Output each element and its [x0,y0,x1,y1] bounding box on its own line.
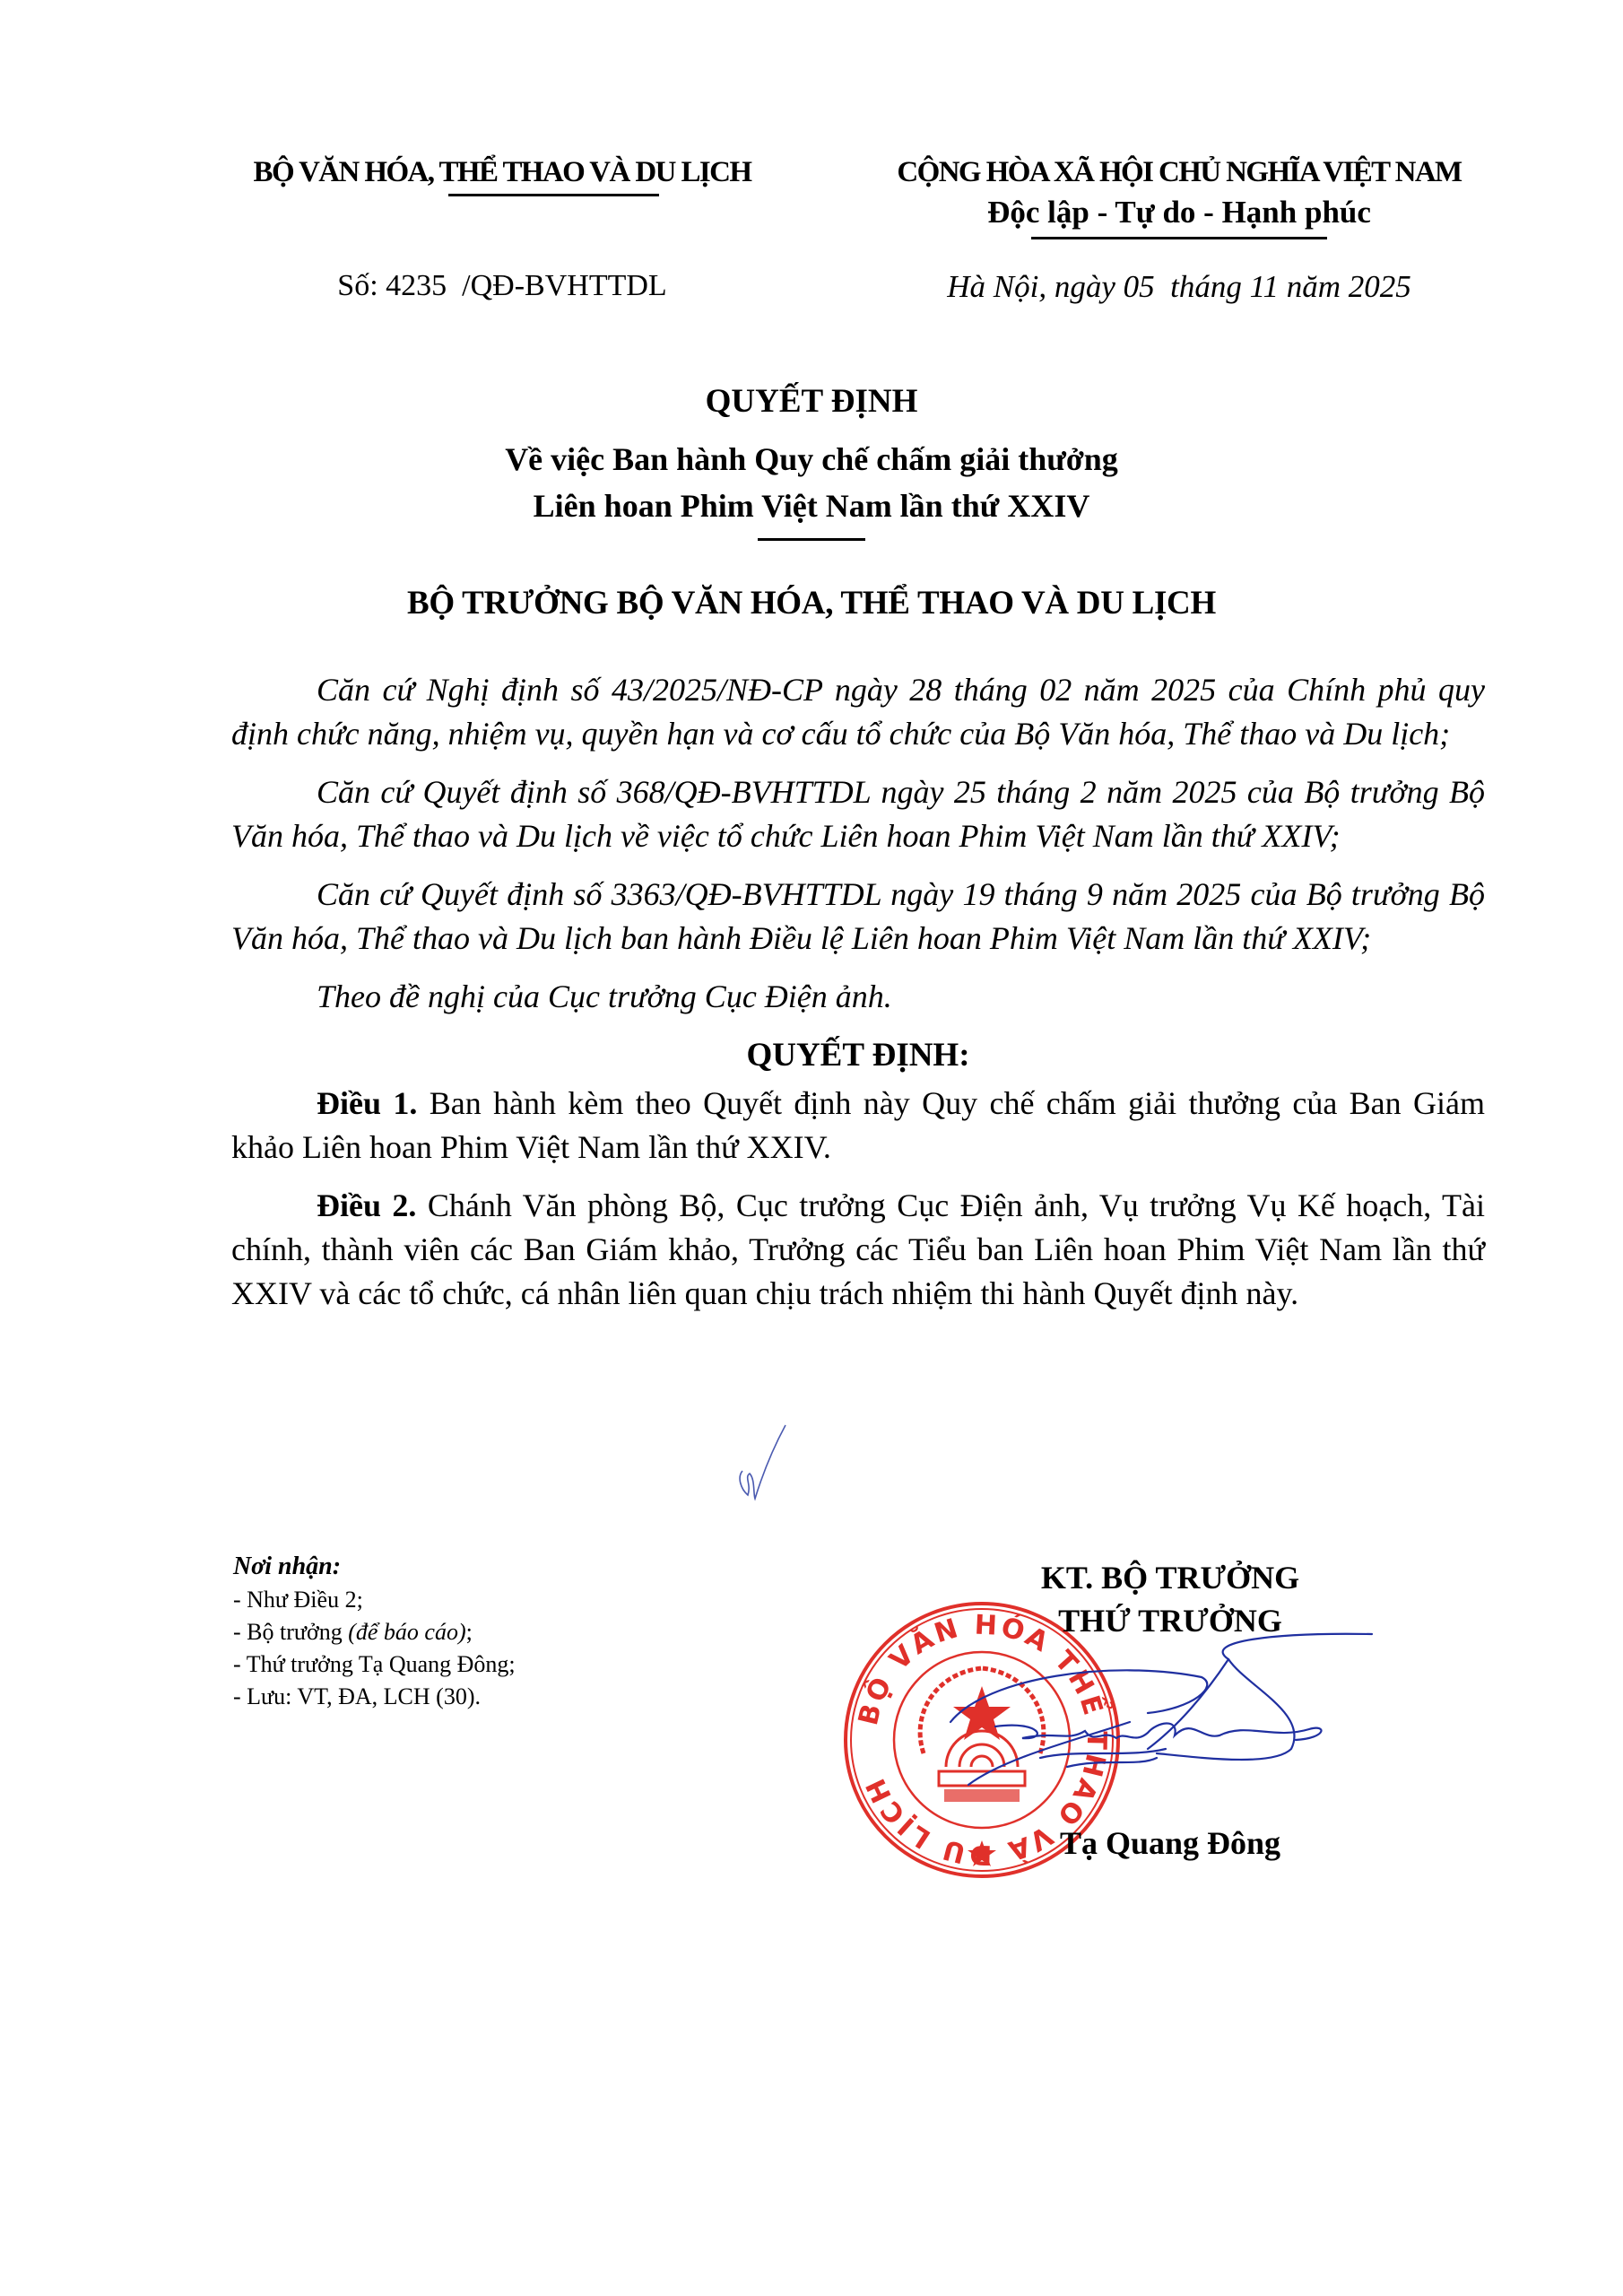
recipient-item: - Lưu: VT, ĐA, LCH (30). [233,1681,516,1713]
recipient-item: - Bộ trưởng (để báo cáo); [233,1616,516,1648]
article-label: Điều 2. [317,1187,416,1223]
recipients-block: Nơi nhận: - Như Điều 2; - Bộ trưởng (để … [233,1550,516,1713]
document-subject-line-2: Liên hoan Phim Việt Nam lần thứ XXIV [0,483,1623,529]
handwritten-signature-icon [933,1623,1399,1830]
recipient-item: - Như Điều 2; [233,1584,516,1616]
national-heading-block: CỘNG HÒA XÃ HỘI CHỦ NGHĨA VIỆT NAM Độc l… [838,152,1520,239]
document-body: Căn cứ Nghị định số 43/2025/NĐ-CP ngày 2… [231,668,1485,1330]
signature-on-behalf: KT. BỘ TRƯỞNG [973,1556,1367,1599]
issuer-heading: BỘ TRƯỞNG BỘ VĂN HÓA, THỂ THAO VÀ DU LỊC… [0,578,1623,629]
preamble-paragraph: Theo đề nghị của Cục trưởng Cục Điện ảnh… [231,975,1485,1019]
preamble-paragraph: Căn cứ Quyết định số 368/QĐ-BVHTTDL ngày… [231,770,1485,858]
article-2: Điều 2. Chánh Văn phòng Bộ, Cục trưởng C… [231,1184,1485,1316]
recipient-item: - Thứ trưởng Tạ Quang Đông; [233,1648,516,1681]
agency-underline [448,194,659,196]
motto-underline [1031,237,1327,239]
title-divider [758,538,865,541]
handwritten-tick-icon [735,1422,789,1502]
document-subject-line-1: Về việc Ban hành Quy chế chấm giải thưởn… [0,436,1623,483]
article-1: Điều 1. Ban hành kèm theo Quyết định này… [231,1082,1485,1170]
place-date: Hà Nội, ngày 05 tháng 11 năm 2025 [838,269,1520,305]
decision-heading: QUYẾT ĐỊNH: [231,1033,1485,1078]
document-number: Số: 4235 /QĐ-BVHTTDL [179,269,825,303]
preamble-paragraph: Căn cứ Quyết định số 3363/QĐ-BVHTTDL ngà… [231,873,1485,961]
issuing-agency-block: BỘ VĂN HÓA, THỂ THAO VÀ DU LỊCH [179,152,825,196]
national-title: CỘNG HÒA XÃ HỘI CHỦ NGHĨA VIỆT NAM [838,152,1520,192]
article-text: Ban hành kèm theo Quyết định này Quy chế… [231,1085,1485,1165]
article-text: Chánh Văn phòng Bộ, Cục trưởng Cục Điện … [231,1187,1485,1311]
preamble-paragraph: Căn cứ Nghị định số 43/2025/NĐ-CP ngày 2… [231,668,1485,756]
recipients-heading: Nơi nhận: [233,1550,516,1584]
document-title: QUYẾT ĐỊNH [0,377,1623,427]
document-title-block: QUYẾT ĐỊNH Về việc Ban hành Quy chế chấm… [0,377,1623,629]
issuing-agency: BỘ VĂN HÓA, THỂ THAO VÀ DU LỊCH [179,152,825,192]
article-label: Điều 1. [317,1085,417,1121]
national-motto: Độc lập - Tự do - Hạnh phúc [838,192,1520,233]
